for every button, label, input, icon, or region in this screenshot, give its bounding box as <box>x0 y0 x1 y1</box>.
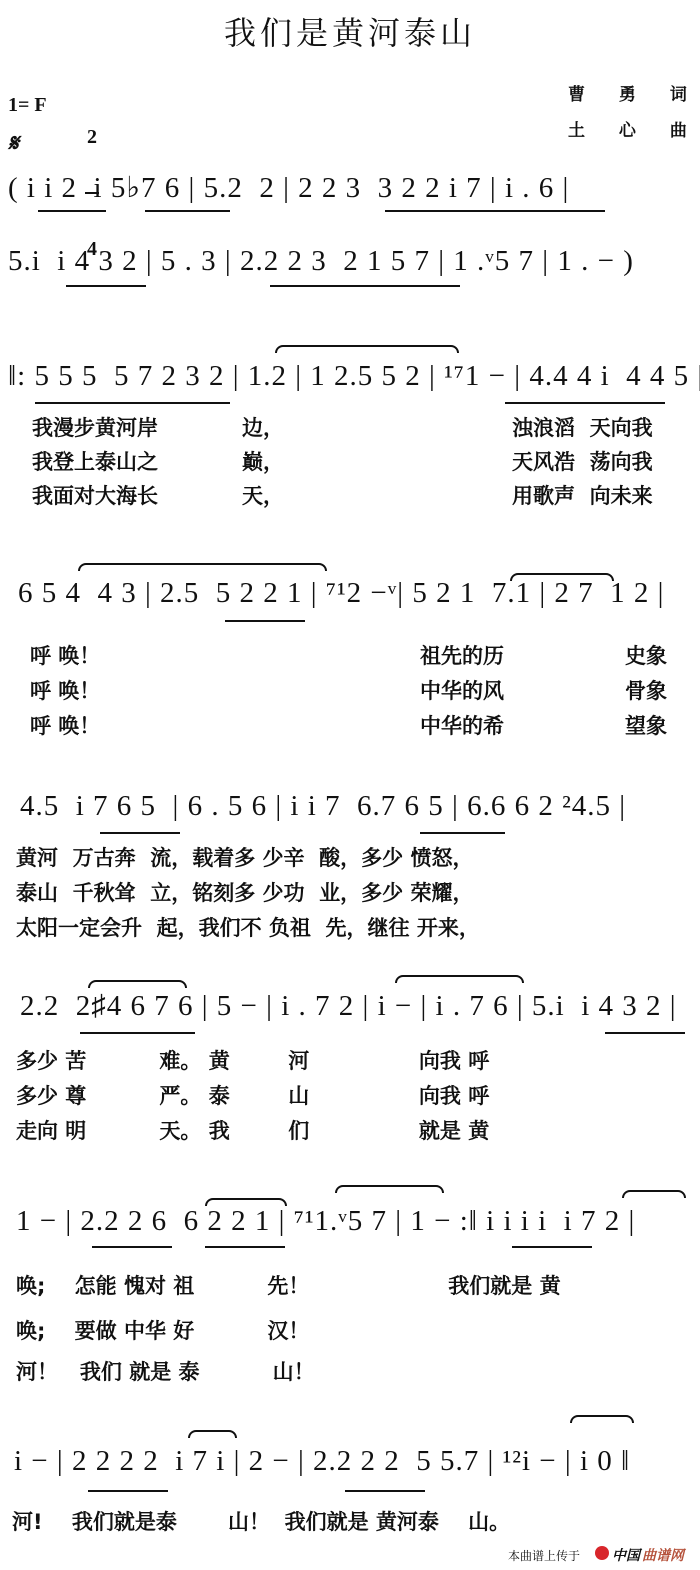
segno-icon: 𝄋 <box>8 128 18 157</box>
site-logo-icon <box>595 1546 609 1560</box>
lyric-v2: 泰山 千秋耸 立，铭刻多 少功 业，多少 荣耀， <box>16 877 474 907</box>
lyric-v1: 黄河 万古奔 流，载着多 少辛 酸，多少 愤怒， <box>16 842 474 872</box>
tie-arc <box>395 975 524 983</box>
beam <box>420 832 505 834</box>
beam <box>345 1490 425 1492</box>
tie-arc <box>78 563 327 571</box>
beam <box>505 402 665 404</box>
score-line-1: ( i i 2 i 5♭7 6 | 5.2 2 | 2 2 3 3 2 2 i … <box>8 170 569 205</box>
composer-credit: 土 心 曲 <box>568 116 700 141</box>
brand-name-a[interactable]: 中国 <box>612 1545 640 1565</box>
lyric-v2: 我登上泰山之 <box>32 446 158 476</box>
score-line-8: i − | 2 2 2 2 i 7 i | 2 − | 2.2 2 2 5 5.… <box>14 1445 630 1478</box>
tie-arc <box>335 1185 444 1193</box>
page-title: 我们是黄河泰山 <box>0 8 700 54</box>
time-numerator: 2 <box>82 126 102 148</box>
beam <box>80 1032 195 1034</box>
lyric-v1: 浊浪滔 天向我 <box>512 412 653 442</box>
lyric-v3: 用歌声 向未来 <box>512 480 653 510</box>
lyric-v1: 我漫步黄河岸 <box>32 412 158 442</box>
lyric-v3: 太阳一定会升 起，我们不 负祖 先，继往 开来， <box>16 912 480 942</box>
score-line-7: 1 − | 2.2 2 6 6 2 2 1 | ⁷¹1.ᵛ5 7 | 1 − :… <box>16 1205 635 1238</box>
lyric-v2: 多少 尊 严。 泰 山 向我 呼 <box>16 1080 489 1110</box>
key-signature: 1= F <box>8 94 47 117</box>
lyric-v1: 祖先的历 <box>420 640 504 670</box>
lyric-v1: 唤; 怎能 愧对 祖 先！ 我们就是 黄 <box>16 1270 561 1300</box>
lyric-v2: 骨象 <box>625 675 667 705</box>
beam <box>512 1246 592 1248</box>
lyric-v2: 巅， <box>242 446 284 476</box>
tie-arc <box>622 1190 686 1198</box>
lyric-v1: 史象 <box>625 640 667 670</box>
lyric-v3: 望象 <box>625 710 667 740</box>
lyric-v3: 河！ 我们 就是 泰 山！ <box>16 1356 315 1386</box>
footer-text: 本曲谱上传于 <box>508 1547 580 1564</box>
beam <box>100 832 180 834</box>
beam <box>145 210 230 212</box>
lyric-v1: 河! 我们就是泰 山！ 我们就是 黄河泰 山。 <box>12 1506 510 1536</box>
lyric-v2: 呼 唤！ <box>30 675 100 705</box>
tie-arc <box>570 1415 634 1423</box>
lyric-v2: 唤; 要做 中华 好 汉！ <box>16 1315 309 1345</box>
lyric-v3: 我面对大海长 <box>32 480 158 510</box>
lyric-v3: 中华的希 <box>420 710 504 740</box>
beam <box>38 210 106 212</box>
beam <box>88 1490 168 1492</box>
score-line-2: 5.i i 4 3 2 | 5 . 3 | 2.2 2 3 2 1 5 7 | … <box>8 245 634 278</box>
lyric-v3: 走向 明 天。 我 们 就是 黄 <box>16 1115 489 1145</box>
lyric-v1: 边， <box>242 412 284 442</box>
lyric-v3: 呼 唤！ <box>30 710 100 740</box>
brand-name-b[interactable]: 曲谱网 <box>642 1545 684 1565</box>
lyric-v3: 天， <box>242 480 284 510</box>
lyric-v1: 呼 唤！ <box>30 640 100 670</box>
beam <box>225 620 305 622</box>
lyric-v2: 中华的风 <box>420 675 504 705</box>
tie-arc <box>188 1430 237 1438</box>
score-line-3: ‖: 5 5 5 5 7 2 3 2 | 1.2 | 1 2.5 5 2 | ¹… <box>8 360 700 393</box>
beam <box>385 210 605 212</box>
beam <box>270 285 460 287</box>
beam <box>605 1032 685 1034</box>
beam <box>35 402 230 404</box>
score-line-5: 4.5 i 7 6 5 | 6 . 5 6 | i i 7 6.7 6 5 | … <box>20 790 626 823</box>
beam <box>92 1246 172 1248</box>
beam <box>66 285 146 287</box>
lyric-v2: 天风浩 荡向我 <box>512 446 653 476</box>
beam <box>205 1246 285 1248</box>
tie-arc <box>88 980 187 988</box>
score-line-4: 6 5 4 4 3 | 2.5 5 2 2 1 | ⁷¹2 −ᵛ| 5 2 1 … <box>18 577 664 610</box>
lyricist-credit: 曹 勇 词 <box>568 80 700 105</box>
lyric-v1: 多少 苦 难。 黄 河 向我 呼 <box>16 1045 489 1075</box>
tie-arc <box>275 345 459 353</box>
score-line-6: 2.2 2♯4 6 7 6 | 5 − | i . 7 2 | i − | i … <box>20 990 677 1023</box>
